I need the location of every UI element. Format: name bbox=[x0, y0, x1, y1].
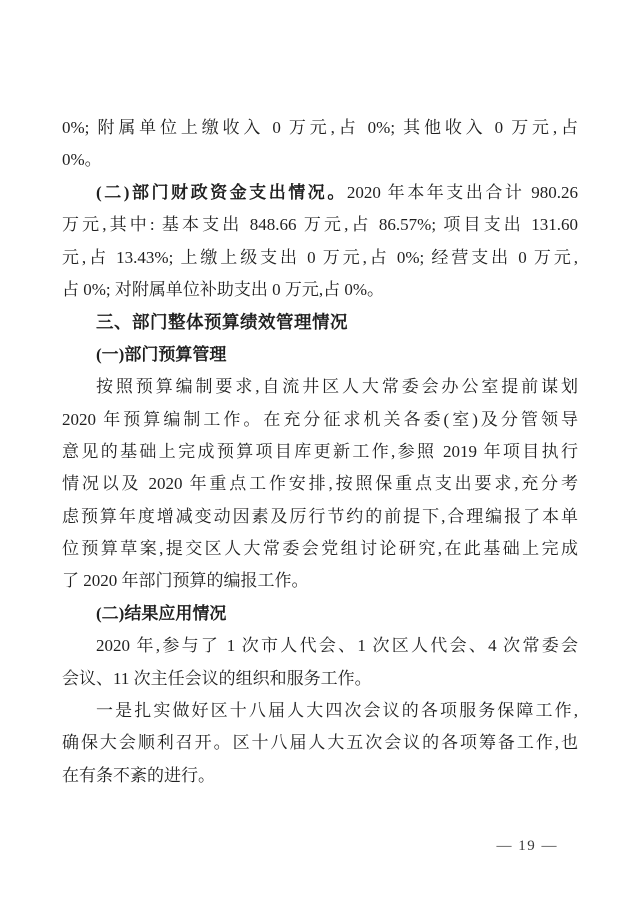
text-line: 占 0%; 对附属单位补助支出 0 万元,占 0%。 bbox=[62, 274, 578, 306]
inline-subheading: (二)部门财政资金支出情况。 bbox=[96, 183, 347, 202]
text-line: 0%; 附属单位上缴收入 0 万元,占 0%; 其他收入 0 万元,占 bbox=[62, 112, 578, 144]
text-line: 意见的基础上完成预算项目库更新工作,参照 2019 年项目执行 bbox=[62, 436, 578, 468]
text-line: 虑预算年度增减变动因素及厉行节约的前提下,合理编报了本单 bbox=[62, 501, 578, 533]
document-body: 0%; 附属单位上缴收入 0 万元,占 0%; 其他收入 0 万元,占 0%。 … bbox=[62, 112, 578, 792]
text-line: 2020 年预算编制工作。在充分征求机关各委(室)及分管领导 bbox=[62, 404, 578, 436]
text-run: 2020 年本年支出合计 980.26 bbox=[347, 183, 578, 202]
text-line: 一是扎实做好区十八届人大四次会议的各项服务保障工作, bbox=[62, 695, 578, 727]
text-line: 在有条不紊的进行。 bbox=[62, 760, 578, 792]
text-line: 按照预算编制要求,自流井区人大常委会办公室提前谋划 bbox=[62, 371, 578, 403]
text-line: (二)部门财政资金支出情况。2020 年本年支出合计 980.26 bbox=[62, 177, 578, 209]
text-line: 会议、11 次主任会议的组织和服务工作。 bbox=[62, 663, 578, 695]
text-line: 确保大会顺利召开。区十八届人大五次会议的各项筹备工作,也 bbox=[62, 727, 578, 759]
subsection-heading: (一)部门预算管理 bbox=[62, 339, 578, 371]
text-line: 元,占 13.43%; 上缴上级支出 0 万元,占 0%; 经营支出 0 万元, bbox=[62, 242, 578, 274]
section-heading: 三、部门整体预算绩效管理情况 bbox=[62, 306, 578, 338]
text-line: 情况以及 2020 年重点工作安排,按照保重点支出要求,充分考 bbox=[62, 468, 578, 500]
text-line: 0%。 bbox=[62, 144, 578, 176]
subsection-heading: (二)结果应用情况 bbox=[62, 598, 578, 630]
page-number: — 19 — bbox=[497, 838, 559, 855]
document-page: 0%; 附属单位上缴收入 0 万元,占 0%; 其他收入 0 万元,占 0%。 … bbox=[0, 0, 640, 906]
text-line: 了 2020 年部门预算的编报工作。 bbox=[62, 565, 578, 597]
text-line: 万元,其中: 基本支出 848.66 万元,占 86.57%; 项目支出 131… bbox=[62, 209, 578, 241]
text-line: 2020 年,参与了 1 次市人代会、1 次区人代会、4 次常委会 bbox=[62, 630, 578, 662]
text-line: 位预算草案,提交区人大常委会党组讨论研究,在此基础上完成 bbox=[62, 533, 578, 565]
